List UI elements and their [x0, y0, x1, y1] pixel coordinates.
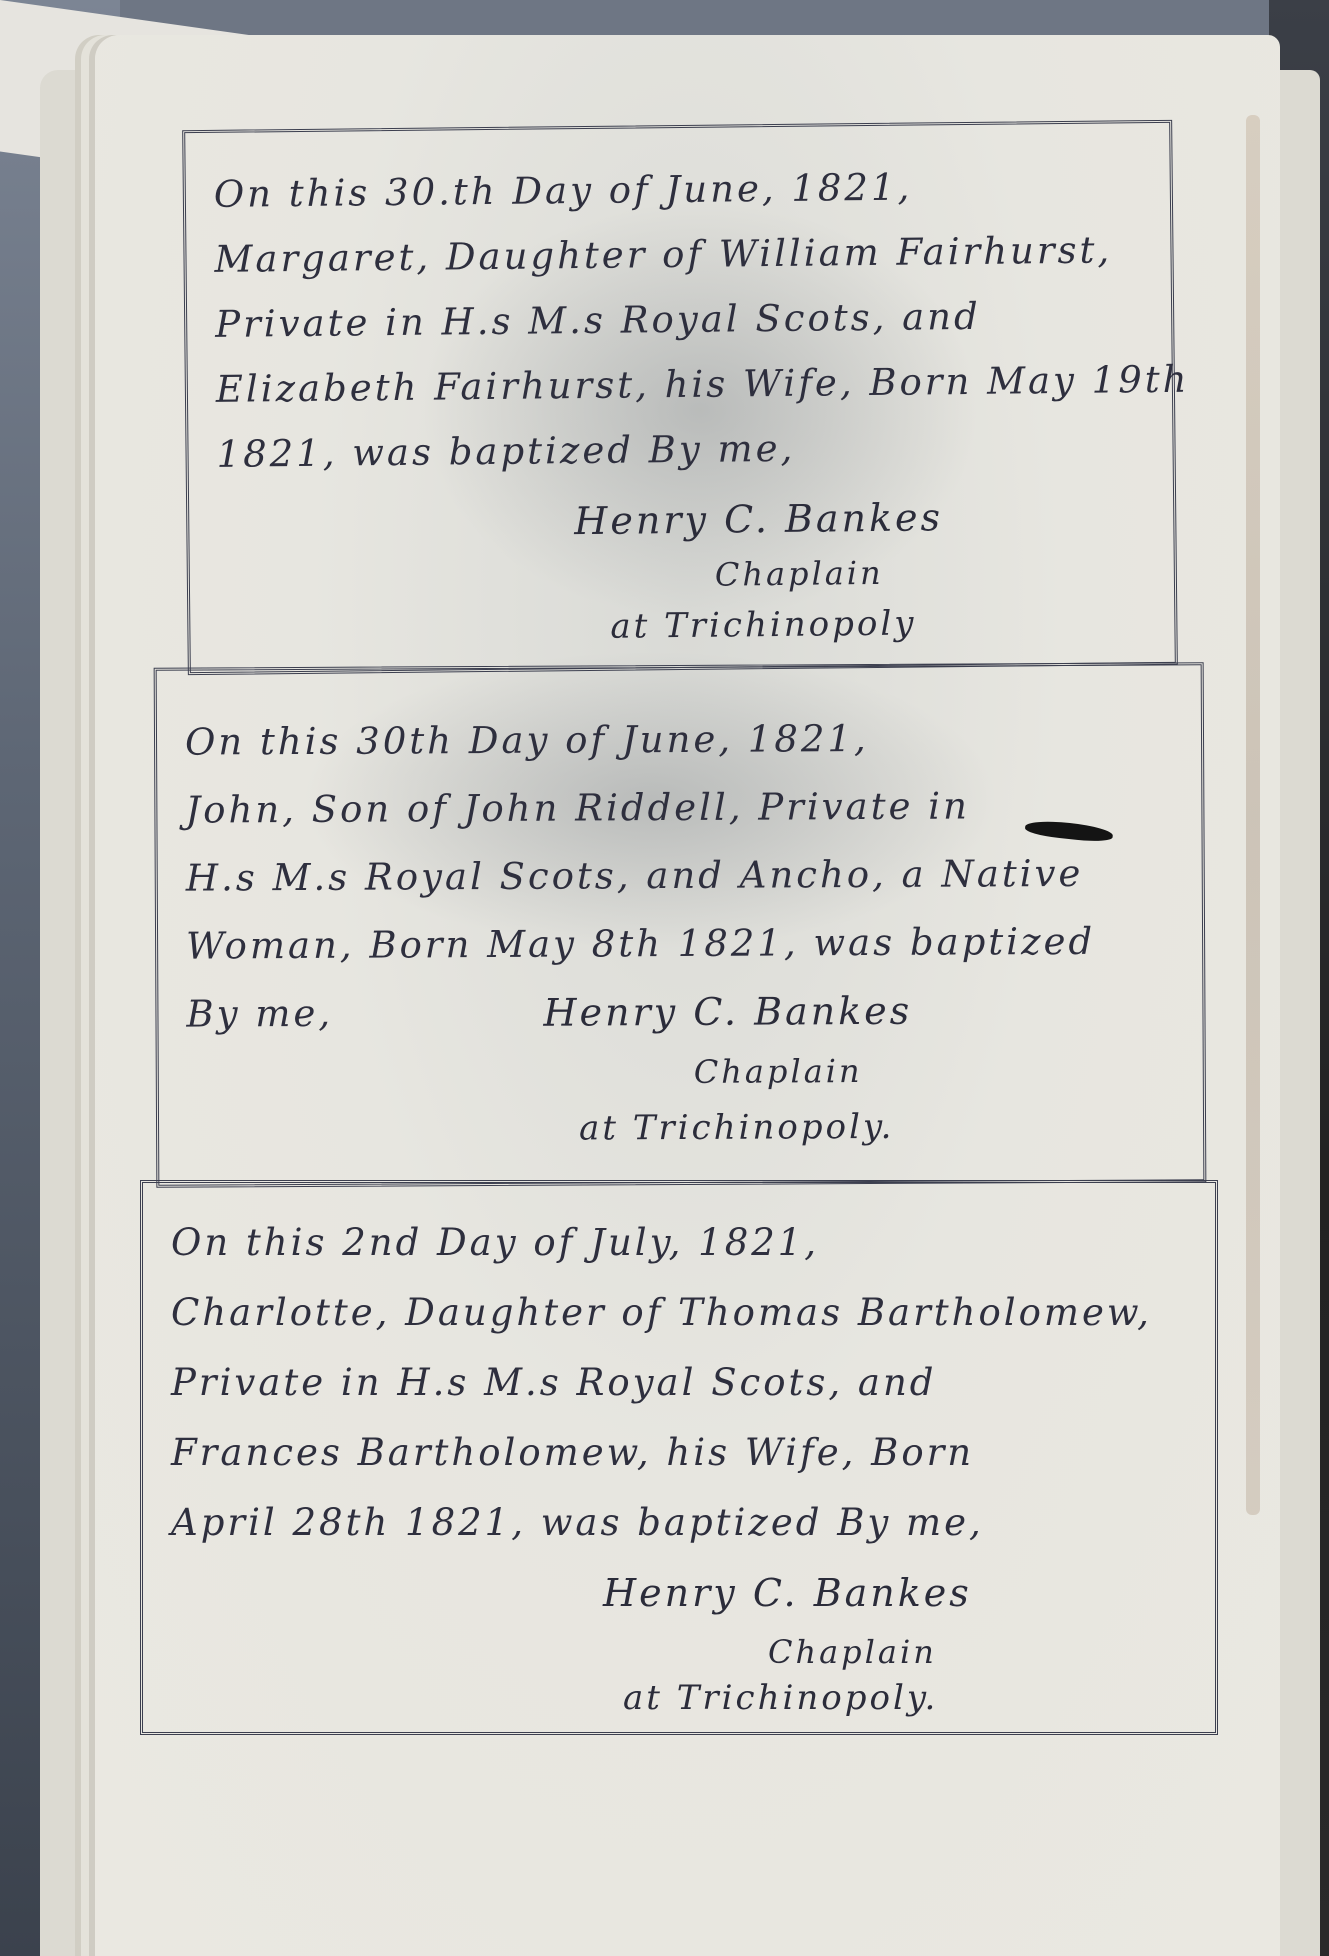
entry-text-line: By me,: [186, 992, 333, 1036]
entry-text-line: John, Son of John Riddell, Private in: [185, 784, 970, 831]
entry-text-line: 1821, was baptized By me,: [216, 427, 795, 476]
signature-name: Henry C. Bankes: [574, 495, 943, 543]
entry-text-line: On this 2nd Day of July, 1821,: [171, 1221, 819, 1264]
signature-location: at Trichinopoly: [610, 604, 916, 647]
signature-title: Chaplain: [694, 1052, 863, 1091]
entry-text-line: Margaret, Daughter of William Fairhurst,: [214, 228, 1112, 280]
entry-text-line: Woman, Born May 8th 1821, was baptized: [186, 920, 1095, 968]
entry-text-line: Elizabeth Fairhurst, his Wife, Born May …: [216, 358, 1190, 411]
baptism-entry-2: On this 30th Day of June, 1821, John, So…: [154, 662, 1207, 1187]
entry-text-line: Private in H.s M.s Royal Scots, and: [171, 1361, 937, 1404]
entry-text-line: Frances Bartholomew, his Wife, Born: [171, 1431, 974, 1474]
signature-name: Henry C. Bankes: [543, 989, 912, 1035]
page-edge-stain: [1246, 115, 1260, 1515]
entry-text-line: On this 30th Day of June, 1821,: [185, 717, 869, 764]
signature-location: at Trichinopoly.: [623, 1678, 938, 1718]
entry-text-line: Private in H.s M.s Royal Scots, and: [215, 295, 981, 346]
baptism-entry-3: On this 2nd Day of July, 1821, Charlotte…: [140, 1180, 1218, 1735]
entry-text-line: April 28th 1821, was baptized By me,: [171, 1501, 984, 1544]
baptism-entry-1: On this 30.th Day of June, 1821, Margare…: [182, 120, 1178, 675]
entry-text-line: Charlotte, Daughter of Thomas Bartholome…: [171, 1291, 1152, 1334]
signature-name: Henry C. Bankes: [603, 1571, 972, 1615]
entry-text-line: H.s M.s Royal Scots, and Ancho, a Native: [186, 852, 1084, 900]
entry-text-line: On this 30.th Day of June, 1821,: [214, 166, 913, 216]
signature-title: Chaplain: [768, 1633, 937, 1671]
signature-title: Chaplain: [715, 554, 884, 594]
signature-location: at Trichinopoly.: [579, 1107, 895, 1149]
